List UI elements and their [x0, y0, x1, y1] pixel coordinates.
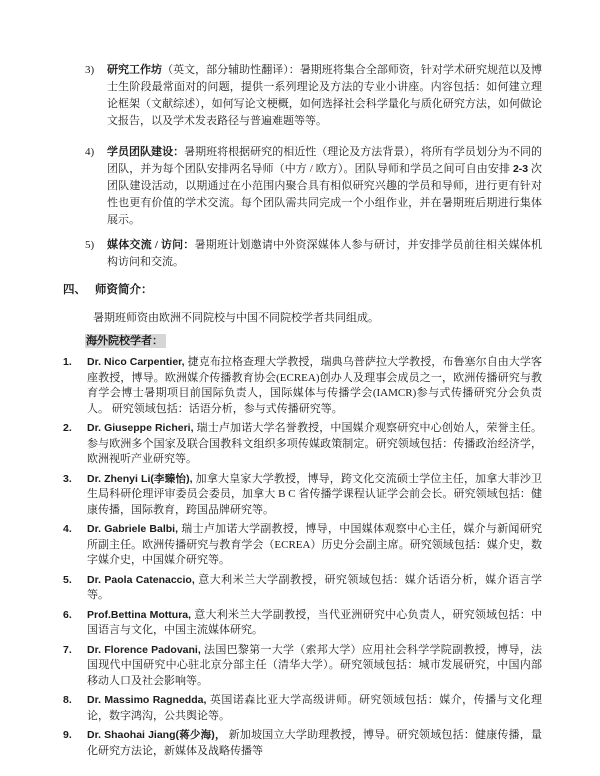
faculty-item: 1. Dr. Nico Carpentier,捷克布拉格查理大学教授，瑞典乌普萨…	[63, 355, 542, 417]
faculty-entry: Dr. Nico Carpentier,捷克布拉格查理大学教授，瑞典乌普萨拉大学…	[87, 355, 542, 417]
program-item-number: 4)	[85, 144, 107, 229]
document-page: 3) 研究工作坊（英文，部分辅助性翻译）：暑期班将集合全部师资，针对学术研究规范…	[0, 0, 600, 776]
program-item-number: 3)	[85, 62, 107, 130]
faculty-number: 5.	[63, 573, 87, 604]
faculty-intro-paragraph: 暑期班师资由欧洲不同院校与中国不同院校学者共同组成。	[93, 310, 542, 327]
faculty-name: Dr. Zhenyi Li(李臻怡),	[87, 473, 193, 485]
faculty-name: Dr. Florence Padovani,	[87, 644, 201, 656]
faculty-name: Dr. Nico Carpentier,	[87, 356, 185, 368]
faculty-item: 2. Dr. Giuseppe Richeri,瑞士卢加诺大学名誉教授，中国媒介…	[63, 421, 542, 468]
program-item-title: 研究工作坊	[107, 64, 162, 76]
program-item-title: 学员团队建设：	[107, 146, 184, 158]
faculty-name: Prof.Bettina Mottura,	[87, 609, 191, 621]
faculty-list: 1. Dr. Nico Carpentier,捷克布拉格查理大学教授，瑞典乌普萨…	[63, 355, 542, 759]
faculty-entry: Dr. Zhenyi Li(李臻怡),加拿大皇家大学教授，博导，跨文化交流硕士学…	[87, 472, 542, 519]
faculty-entry: Prof.Bettina Mottura,意大利米兰大学副教授，当代亚洲研究中心…	[87, 608, 542, 639]
faculty-entry: Dr. Giuseppe Richeri,瑞士卢加诺大学名誉教授，中国媒介观察研…	[87, 421, 542, 468]
program-item-media-visit: 5) 媒体交流 / 访问：暑期班计划邀请中外资深媒体人参与研讨，并安排学员前往相…	[85, 237, 542, 271]
program-item-text: 媒体交流 / 访问：暑期班计划邀请中外资深媒体人参与研讨，并安排学员前往相关媒体…	[107, 237, 542, 271]
section-title: 师资简介：	[95, 284, 153, 296]
program-item-bold-number: 2-3	[513, 163, 528, 175]
faculty-item: 6. Prof.Bettina Mottura,意大利米兰大学副教授，当代亚洲研…	[63, 608, 542, 639]
program-items-list: 3) 研究工作坊（英文，部分辅助性翻译）：暑期班将集合全部师资，针对学术研究规范…	[63, 62, 542, 271]
faculty-item: 8. Dr. Massimo Ragnedda,英国诺森比亚大学高级讲师。研究领…	[63, 693, 542, 724]
faculty-item: 9. Dr. Shaohai Jiang(蒋少海)，新加坡国立大学助理教授，博导…	[63, 728, 542, 759]
faculty-item: 3. Dr. Zhenyi Li(李臻怡),加拿大皇家大学教授，博导，跨文化交流…	[63, 472, 542, 519]
faculty-entry: Dr. Paola Catenaccio,意大利米兰大学副教授，研究领域包括：媒…	[87, 573, 542, 604]
faculty-name: Dr. Massimo Ragnedda,	[87, 694, 206, 706]
faculty-item: 7. Dr. Florence Padovani,法国巴黎第一大学（索邦大学）应…	[63, 643, 542, 690]
faculty-entry: Dr. Shaohai Jiang(蒋少海)，新加坡国立大学助理教授，博导。研究…	[87, 728, 542, 759]
faculty-number: 6.	[63, 608, 87, 639]
overseas-scholars-heading: 海外院校学者：	[85, 333, 542, 350]
faculty-entry: Dr. Florence Padovani,法国巴黎第一大学（索邦大学）应用社会…	[87, 643, 542, 690]
faculty-number: 4.	[63, 522, 87, 569]
faculty-name: Dr. Paola Catenaccio,	[87, 574, 195, 586]
faculty-number: 7.	[63, 643, 87, 690]
program-item-number: 5)	[85, 237, 107, 271]
faculty-number: 3.	[63, 472, 87, 519]
program-item-text: 学员团队建设：暑期班将根据研究的相近性（理论及方法背景），将所有学员划分为不同的…	[107, 144, 542, 229]
faculty-entry: Dr. Massimo Ragnedda,英国诺森比亚大学高级讲师。研究领域包括…	[87, 693, 542, 724]
section-number: 四、	[63, 284, 86, 296]
overseas-scholars-heading-text: 海外院校学者：	[85, 334, 166, 348]
faculty-number: 9.	[63, 728, 87, 759]
program-item-title: 媒体交流 / 访问：	[107, 239, 195, 251]
faculty-number: 8.	[63, 693, 87, 724]
faculty-name: Dr. Giuseppe Richeri,	[87, 422, 194, 434]
faculty-number: 2.	[63, 421, 87, 468]
program-item-text: 研究工作坊（英文，部分辅助性翻译）：暑期班将集合全部师资，针对学术研究规范以及博…	[107, 62, 542, 130]
program-item-team-building: 4) 学员团队建设：暑期班将根据研究的相近性（理论及方法背景），将所有学员划分为…	[85, 144, 542, 229]
program-item-body: （英文，部分辅助性翻译）：暑期班将集合全部师资，针对学术研究规范以及博士生阶段最…	[107, 64, 542, 127]
program-item-research-workshop: 3) 研究工作坊（英文，部分辅助性翻译）：暑期班将集合全部师资，针对学术研究规范…	[85, 62, 542, 130]
faculty-entry: Dr. Gabriele Balbi,瑞士卢加诺大学副教授，博导，中国媒体观察中…	[87, 522, 542, 569]
faculty-name: Dr. Gabriele Balbi,	[87, 523, 178, 535]
faculty-number: 1.	[63, 355, 87, 417]
faculty-item: 5. Dr. Paola Catenaccio,意大利米兰大学副教授，研究领域包…	[63, 573, 542, 604]
faculty-item: 4. Dr. Gabriele Balbi,瑞士卢加诺大学副教授，博导，中国媒体…	[63, 522, 542, 569]
faculty-name: Dr. Shaohai Jiang(蒋少海)，	[87, 729, 226, 741]
section-heading-faculty: 四、师资简介：	[63, 282, 542, 299]
